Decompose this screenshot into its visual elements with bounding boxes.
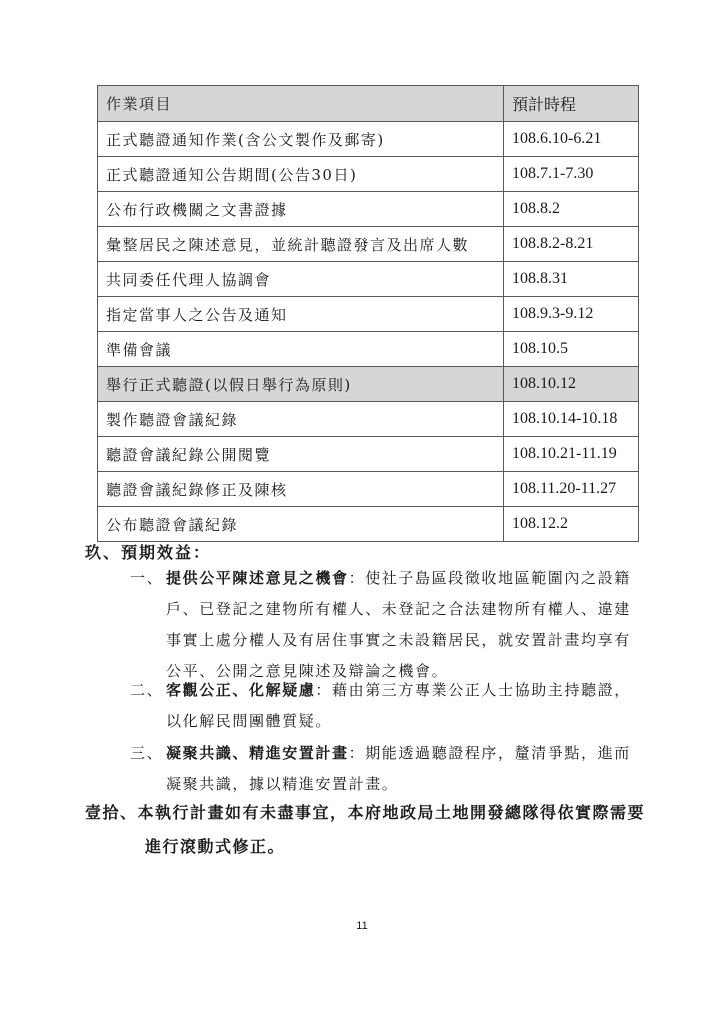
benefit-item-2: 二、客觀公正、化解疑慮：藉由第三方專業公正人士協助主持聽證， 以化解民間團體質疑… bbox=[130, 675, 645, 737]
schedule-cell: 108.7.1-7.30 bbox=[504, 157, 639, 192]
item-line: 以化解民間團體質疑。 bbox=[130, 706, 645, 737]
task-cell: 聽證會議紀錄修正及陳核 bbox=[98, 472, 504, 507]
item-title: 提供公平陳述意見之機會 bbox=[166, 569, 349, 587]
item-line: 戶、已登記之建物所有權人、未登記之合法建物所有權人、違建 bbox=[130, 594, 645, 625]
item-number: 二、 bbox=[130, 675, 166, 706]
benefit-item-3: 三、凝聚共識、精進安置計畫：期能透過聽證程序，釐清爭點，進而 凝聚共識，據以精進… bbox=[130, 738, 645, 800]
item-text: ：使社子島區段徵收地區範圍內之設籍 bbox=[349, 569, 631, 587]
task-cell: 指定當事人之公告及通知 bbox=[98, 297, 504, 332]
schedule-cell: 108.8.31 bbox=[504, 262, 639, 297]
schedule-cell: 108.11.20-11.27 bbox=[504, 472, 639, 507]
table-row: 公布行政機關之文書證據108.8.2 bbox=[98, 192, 639, 227]
item-number: 一、 bbox=[130, 563, 166, 594]
section-ten-amendment: 壹拾、本執行計畫如有未盡事宜，本府地政局土地開發總隊得依實際需要 進行滾動式修正… bbox=[85, 796, 645, 864]
table-row: 正式聽證通知作業(含公文製作及郵寄)108.6.10-6.21 bbox=[98, 122, 639, 157]
schedule-table: 作業項目 預計時程 正式聽證通知作業(含公文製作及郵寄)108.6.10-6.2… bbox=[97, 85, 639, 542]
item-title: 凝聚共識、精進安置計畫 bbox=[166, 744, 349, 762]
task-cell: 正式聽證通知作業(含公文製作及郵寄) bbox=[98, 122, 504, 157]
item-text: ：藉由第三方專業公正人士協助主持聽證， bbox=[315, 681, 630, 699]
page-number: 11 bbox=[0, 920, 724, 932]
task-cell: 公布行政機關之文書證據 bbox=[98, 192, 504, 227]
header-task: 作業項目 bbox=[98, 86, 504, 122]
table-row: 彙整居民之陳述意見，並統計聽證發言及出席人數108.8.2-8.21 bbox=[98, 227, 639, 262]
item-text: ：期能透過聽證程序，釐清爭點，進而 bbox=[349, 744, 631, 762]
item-number: 三、 bbox=[130, 738, 166, 769]
table-row: 準備會議108.10.5 bbox=[98, 332, 639, 367]
task-cell: 共同委任代理人協調會 bbox=[98, 262, 504, 297]
task-cell: 彙整居民之陳述意見，並統計聽證發言及出席人數 bbox=[98, 227, 504, 262]
schedule-cell: 108.8.2 bbox=[504, 192, 639, 227]
closing-line-1: 壹拾、本執行計畫如有未盡事宜，本府地政局土地開發總隊得依實際需要 bbox=[85, 803, 645, 822]
table-row: 聽證會議紀錄修正及陳核108.11.20-11.27 bbox=[98, 472, 639, 507]
table-row: 製作聽證會議紀錄108.10.14-10.18 bbox=[98, 402, 639, 437]
task-cell: 製作聽證會議紀錄 bbox=[98, 402, 504, 437]
schedule-cell: 108.12.2 bbox=[504, 507, 639, 542]
table-row: 聽證會議紀錄公開閱覽108.10.21-11.19 bbox=[98, 437, 639, 472]
item-title: 客觀公正、化解疑慮 bbox=[166, 681, 315, 699]
benefit-item-1: 一、提供公平陳述意見之機會：使社子島區段徵收地區範圍內之設籍 戶、已登記之建物所… bbox=[130, 563, 645, 687]
task-cell: 舉行正式聽證(以假日舉行為原則) bbox=[98, 367, 504, 402]
task-cell: 聽證會議紀錄公開閱覽 bbox=[98, 437, 504, 472]
task-cell: 準備會議 bbox=[98, 332, 504, 367]
schedule-cell: 108.10.12 bbox=[504, 367, 639, 402]
schedule-cell: 108.8.2-8.21 bbox=[504, 227, 639, 262]
schedule-cell: 108.9.3-9.12 bbox=[504, 297, 639, 332]
closing-line-2: 進行滾動式修正。 bbox=[85, 830, 645, 864]
header-schedule: 預計時程 bbox=[504, 86, 639, 122]
table-row: 指定當事人之公告及通知108.9.3-9.12 bbox=[98, 297, 639, 332]
table-header-row: 作業項目 預計時程 bbox=[98, 86, 639, 122]
schedule-cell: 108.10.5 bbox=[504, 332, 639, 367]
schedule-cell: 108.10.14-10.18 bbox=[504, 402, 639, 437]
table-row-highlighted: 舉行正式聽證(以假日舉行為原則)108.10.12 bbox=[98, 367, 639, 402]
item-line: 事實上處分權人及有居住事實之未設籍居民，就安置計畫均享有 bbox=[130, 625, 645, 656]
table-row: 共同委任代理人協調會108.8.31 bbox=[98, 262, 639, 297]
schedule-cell: 108.6.10-6.21 bbox=[504, 122, 639, 157]
schedule-cell: 108.10.21-11.19 bbox=[504, 437, 639, 472]
table-row: 正式聽證通知公告期間(公告30日)108.7.1-7.30 bbox=[98, 157, 639, 192]
task-cell: 正式聽證通知公告期間(公告30日) bbox=[98, 157, 504, 192]
